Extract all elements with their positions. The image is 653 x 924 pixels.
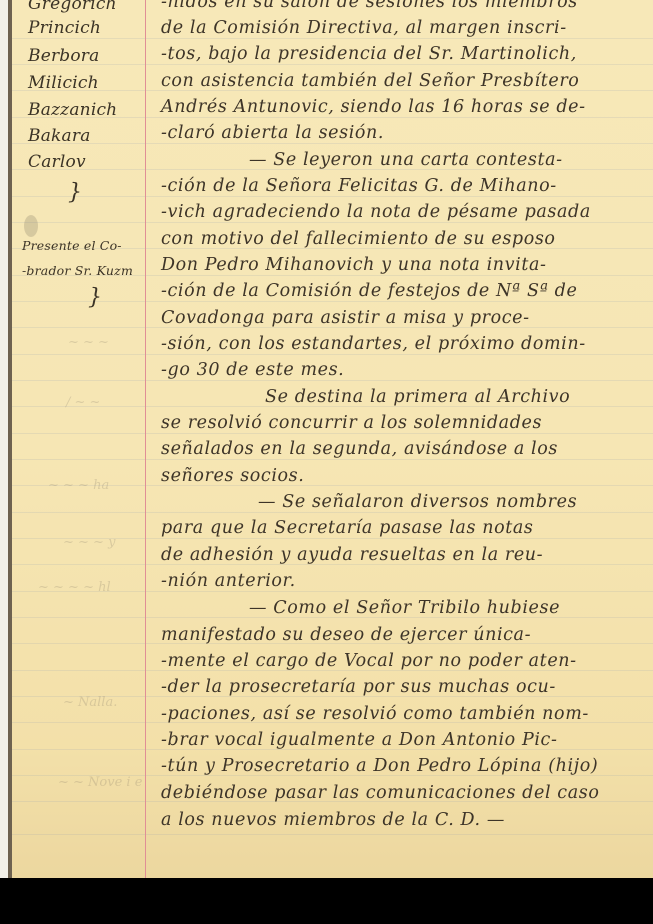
text-line: con motivo del fallecimiento de su espos… [161,229,556,249]
text-line: -nión anterior. [161,571,296,591]
binding-edge [8,0,12,878]
text-line: -paciones, así se resolvió como también … [161,704,589,724]
text-line: manifestado su deseo de ejercer única- [161,625,531,645]
ruled-line [12,222,653,223]
ruled-line [12,459,653,460]
text-line: Andrés Antunovic, siendo las 16 horas se… [161,97,586,117]
scan-background [0,878,653,924]
ruled-line [12,64,653,65]
margin-note: Presente el Co- [22,238,122,253]
brace-mark: } [88,285,102,310]
text-line: Covadonga para asistir a misa y proce- [161,308,530,328]
attendee-name: Princich [28,18,101,38]
ledger-page: ~ ~ ~ / ~ ~ ~ ~ ~ ha ~ ~ ~ y ~ ~ ~ ~ hl … [8,0,653,878]
bleed-through: ~ ~ ~ [68,335,109,350]
text-line: señores socios. [161,466,304,486]
text-line: se resolvió concurrir a los solemnidades [161,413,542,433]
ruled-line [12,380,653,381]
text-line: -brar vocal igualmente a Don Antonio Pic… [161,730,557,750]
ruled-line [12,354,653,355]
text-line: — Como el Señor Tribilo hubiese [249,598,560,618]
brace-mark: } [68,180,82,205]
text-line: Don Pedro Mihanovich y una nota invita- [161,255,547,275]
scan-edge [0,0,8,878]
text-line: de adhesión y ayuda resueltas en la reu- [161,545,543,565]
bleed-through: ~ ~ ~ ~ hl [38,580,111,595]
ruled-line [12,834,653,835]
bleed-through: ~ ~ Nove i e [58,775,142,790]
bleed-through: ~ Nalla. [63,695,117,710]
ruled-line [12,301,653,302]
ruled-line [12,38,653,39]
text-line: -claró abierta la sesión. [161,123,384,143]
text-line: -tún y Prosecretario a Don Pedro Lópina … [161,756,598,776]
text-line: -tos, bajo la presidencia del Sr. Martin… [161,44,577,64]
margin-note: -brador Sr. Kuzm [22,263,133,278]
text-line: — Se señalaron diversos nombres [258,492,577,512]
text-line: — Se leyeron una carta contesta- [249,150,563,170]
ruled-line [12,433,653,434]
text-line: -go 30 de este mes. [161,360,344,380]
text-line: debiéndose pasar las comunicaciones del … [161,783,599,803]
text-line: -nidos en su salón de sesiones los miemb… [161,0,578,12]
text-line: -mente el cargo de Vocal por no poder at… [161,651,577,671]
text-line: -vich agradeciendo la nota de pésame pas… [161,202,591,222]
ruled-line [12,196,653,197]
ruled-line [12,143,653,144]
text-line: -der la prosecretaría por sus muchas ocu… [161,677,556,697]
bleed-through: ~ ~ ~ ha [48,478,109,493]
attendee-name: Berbora [28,46,99,66]
attendee-name: Milicich [28,73,99,93]
attendee-name: Bazzanich [28,100,117,120]
margin-rule [145,0,146,878]
attendee-name: Bakara [28,126,91,146]
attendee-name: Gregorich [28,0,117,14]
text-line: Se destina la primera al Archivo [265,387,570,407]
text-line: -sión, con los estandartes, el próximo d… [161,334,586,354]
text-line: -ción de la Comisión de festejos de Nª S… [161,281,577,301]
bleed-through: / ~ ~ [66,395,100,410]
text-line: a los nuevos miembros de la C. D. — [161,810,505,830]
ruled-line [12,512,653,513]
text-line: señalados en la segunda, avisándose a lo… [161,439,558,459]
text-line: para que la Secretaría pasase las notas [161,518,533,538]
text-line: con asistencia también del Señor Presbít… [161,71,579,91]
ink-stain [24,215,38,237]
attendee-name: Carlov [28,152,86,172]
text-line: -ción de la Señora Felicitas G. de Mihan… [161,176,557,196]
text-line: de la Comisión Directiva, al margen insc… [161,18,567,38]
bleed-through: ~ ~ ~ y [63,535,115,550]
